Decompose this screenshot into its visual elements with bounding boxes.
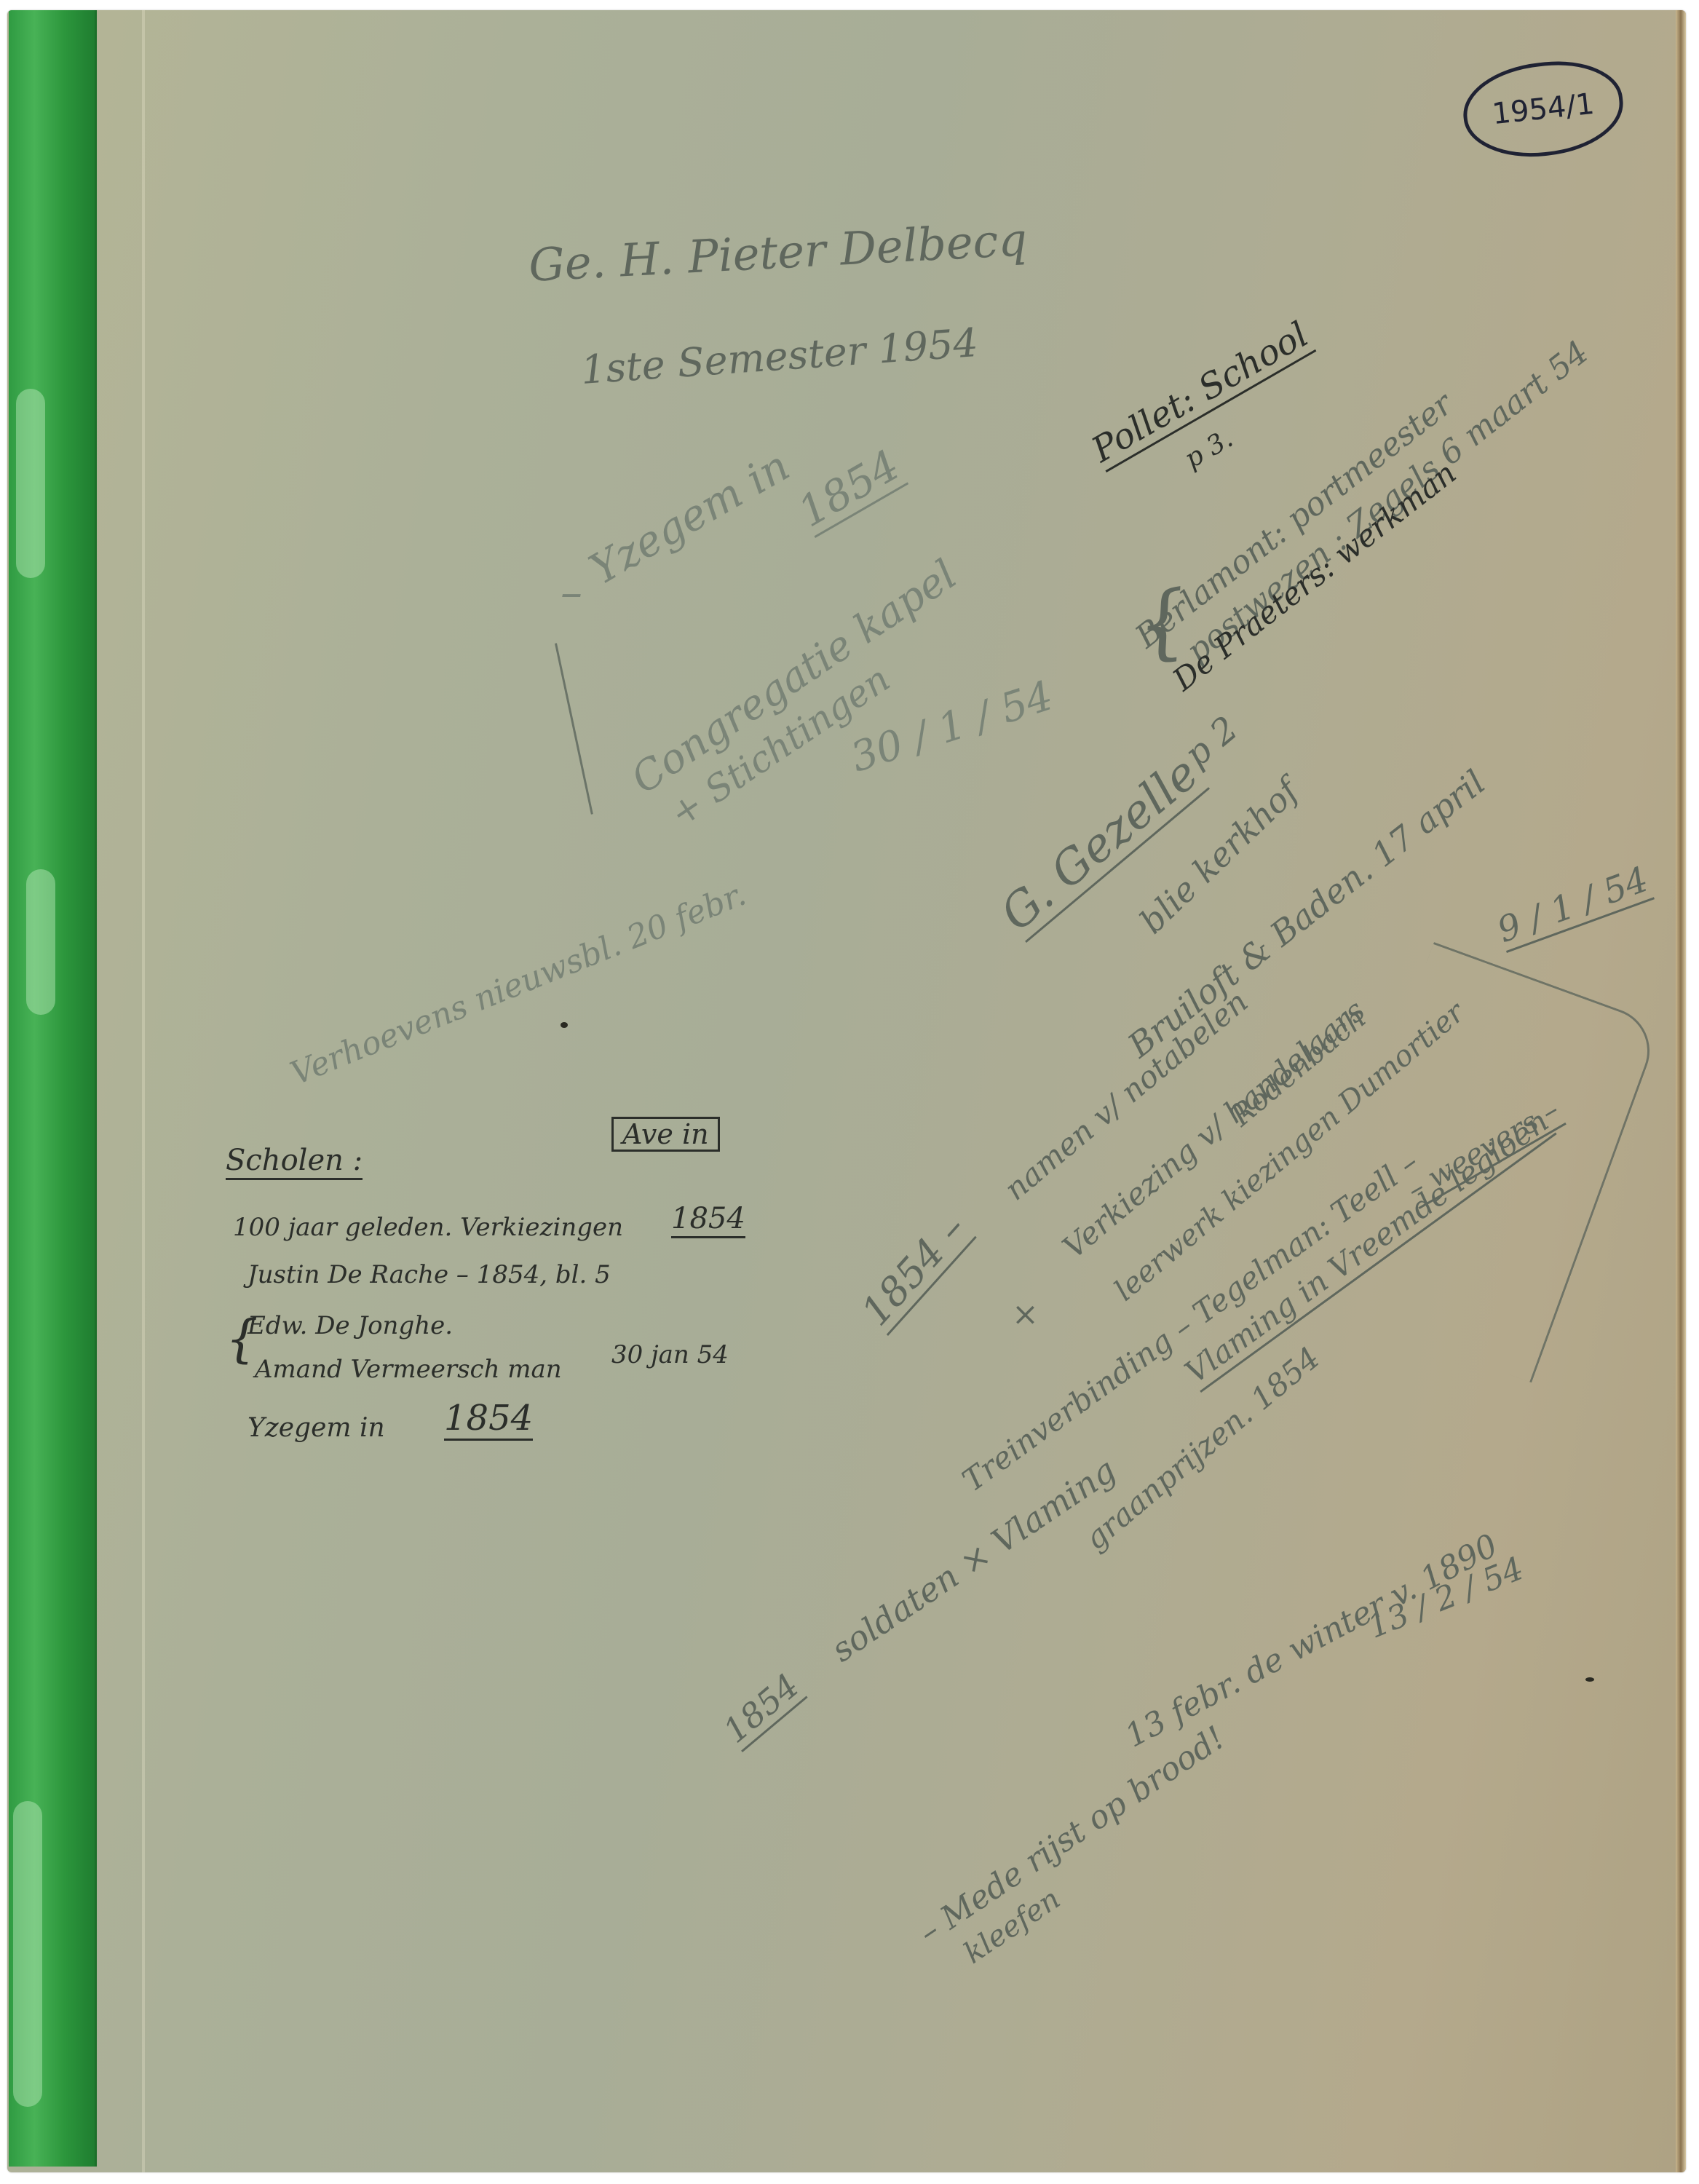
margin-bracket-line: [555, 643, 593, 814]
pollet-brace: {: [1132, 579, 1194, 665]
notebook-cover: 1954/1 Ge. H. Pieter Delbecq 1ste Semest…: [7, 10, 1686, 2172]
diagonal-line-1: namen v/ notabelen: [999, 986, 1254, 1206]
scholen-line-2: Justin De Rache – 1854, bl. 5: [247, 1262, 611, 1287]
scholen-line-4-suffix: 30 jan 54: [611, 1342, 729, 1367]
scholen-line-1: 100 jaar geleden. Verkiezingen: [233, 1215, 623, 1240]
archive-number: 1954/1: [1491, 87, 1596, 131]
dash-mark: –: [561, 571, 582, 614]
scholen-line-3: Edw. De Jonghe.: [247, 1313, 453, 1338]
scholen-line-4: Amand Vermeersch man: [255, 1357, 562, 1382]
ink-dot: [1682, 430, 1686, 435]
gezelle-date: 9 / 1 / 54: [1493, 862, 1654, 953]
semester-line: 1ste Semester 1954: [579, 323, 979, 390]
spine-highlight: [13, 1801, 42, 2107]
diagonal-marker: ×: [1012, 1299, 1039, 1331]
scholen-line-1-year: 1854: [671, 1204, 745, 1238]
owner-name: Ge. H. Pieter Delbecq: [528, 217, 1029, 288]
fold-crease: [142, 10, 145, 2172]
ijzeren-text: Yzegem in: [583, 444, 796, 591]
diagonal-year: 1854 –: [855, 1208, 977, 1336]
winter-line-1: 13 febr. de winter v. 1890: [1120, 1530, 1502, 1753]
green-spine: [9, 10, 97, 2167]
spine-highlight: [26, 869, 55, 1015]
pollet-page: p 3.: [1181, 425, 1237, 473]
winter-line-2: – Mede rijst op brood!: [914, 1722, 1230, 1950]
archive-number-stamp: 1954/1: [1459, 55, 1628, 164]
boxed-note: Ave in: [611, 1117, 720, 1152]
soldaten-year: 1854: [718, 1668, 808, 1752]
ijzeren-year: 1854: [792, 443, 908, 538]
scholen-line-5-year: 1854: [444, 1401, 533, 1441]
spine-highlight: [16, 389, 45, 578]
scholen-title: Scholen :: [226, 1146, 363, 1180]
ink-dot: [1585, 1677, 1594, 1682]
ink-dot: [561, 1022, 568, 1028]
scholen-line-5: Yzegem in: [247, 1415, 385, 1441]
verhoevens-note: Verhoevens nieuwsbl. 20 febr.: [287, 878, 751, 1091]
